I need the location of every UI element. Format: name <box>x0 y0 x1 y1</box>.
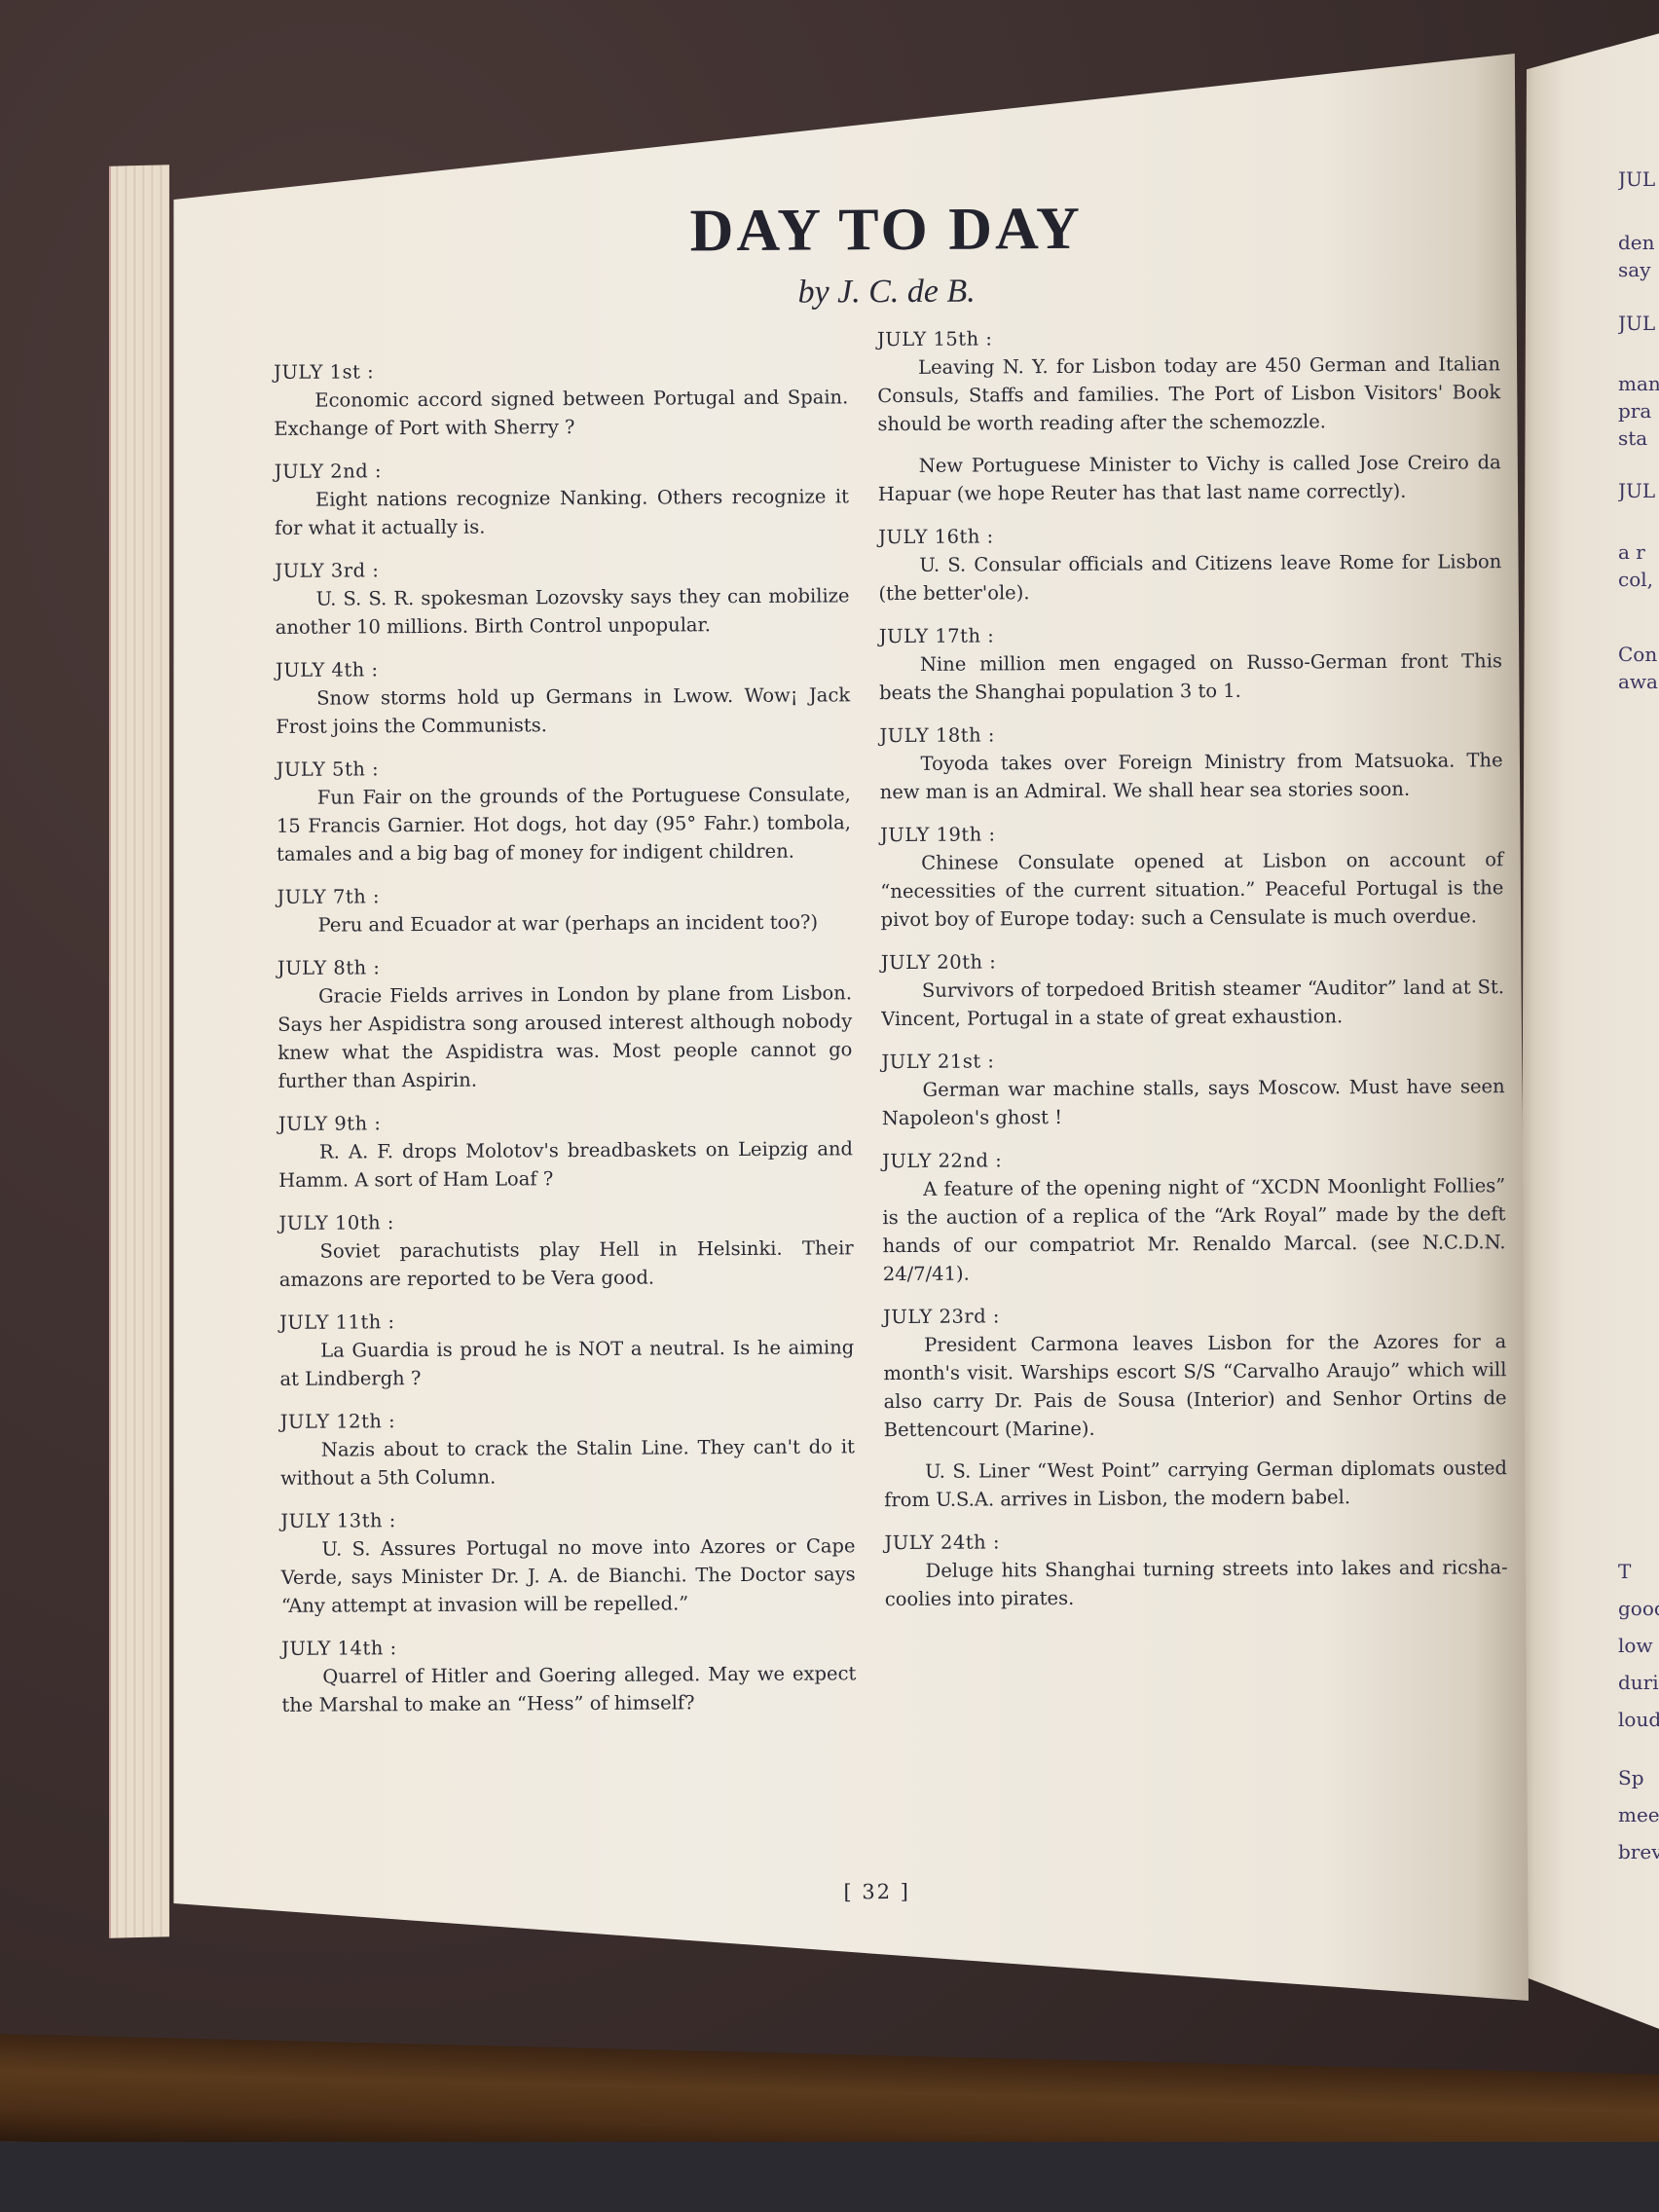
entry-text: President Carmona leaves Lisbon for the … <box>883 1327 1507 1444</box>
right-column: JULY 15th :Leaving N. Y. for Lisbon toda… <box>877 321 1508 1628</box>
facing-page-fragment: Sp <box>1618 1764 1659 1791</box>
diary-entry: JULY 7th :Peru and Ecuador at war (perha… <box>276 879 851 940</box>
diary-entry: JULY 23rd :President Carmona leaves Lisb… <box>883 1299 1507 1514</box>
diary-entry: JULY 21st :German war machine stalls, sa… <box>881 1044 1505 1132</box>
entry-text: Peru and Ecuador at war (perhaps an inci… <box>276 907 851 940</box>
facing-page-fragment: man <box>1618 370 1659 397</box>
facing-page-fragment: T <box>1618 1558 1659 1585</box>
article-title: DAY TO DAY <box>633 195 1139 267</box>
entry-date: JULY 24th : <box>884 1525 1507 1557</box>
entry-text: Soviet parachutists play Hell in Helsink… <box>279 1234 854 1294</box>
diary-entry: JULY 19th :Chinese Consulate opened at L… <box>880 817 1504 934</box>
facing-page-fragment: den <box>1618 229 1659 256</box>
entry-date: JULY 13th : <box>280 1503 855 1535</box>
entry-text: R. A. F. drops Molotov's breadbaskets on… <box>278 1134 853 1195</box>
entry-date: JULY 2nd : <box>275 454 849 486</box>
entry-date: JULY 20th : <box>881 944 1504 977</box>
facing-page-fragment: sta <box>1618 424 1659 452</box>
entry-text: Gracie Fields arrives in London by plane… <box>277 978 853 1095</box>
facing-page-fragment: meetin <box>1618 1801 1659 1828</box>
diary-entry: JULY 1st :Economic accord signed between… <box>274 354 849 443</box>
entry-text: Economic accord signed between Portugal … <box>274 383 848 443</box>
diary-entry: JULY 14th :Quarrel of Hitler and Goering… <box>281 1631 857 1719</box>
entry-date: JULY 10th : <box>278 1205 853 1237</box>
entry-date: JULY 1st : <box>274 354 848 387</box>
entry-text: Leaving N. Y. for Lisbon today are 450 G… <box>877 350 1501 438</box>
facing-page-fragment: low <box>1618 1632 1659 1659</box>
diary-entry: JULY 8th :Gracie Fields arrives in Londo… <box>277 950 853 1095</box>
entry-text: U. S. Consular officials and Citizens le… <box>878 547 1501 608</box>
diary-entry: JULY 2nd :Eight nations recognize Nankin… <box>275 454 850 542</box>
diary-entry: JULY 17th :Nine million men engaged on R… <box>879 618 1503 707</box>
entry-date: JULY 3rd : <box>275 553 849 585</box>
facing-page-fragment: Con <box>1618 641 1659 668</box>
facing-page-fragment: pra <box>1618 397 1659 424</box>
entry-date: JULY 9th : <box>278 1106 853 1138</box>
entry-date: JULY 12th : <box>280 1404 855 1436</box>
diary-entry: JULY 13th :U. S. Assures Portugal no mov… <box>280 1503 856 1620</box>
diary-entry: JULY 15th :Leaving N. Y. for Lisbon toda… <box>877 321 1501 508</box>
entry-text: Eight nations recognize Nanking. Others … <box>275 482 849 542</box>
entry-date: JULY 18th : <box>879 718 1502 750</box>
entry-text: Survivors of torpedoed British steamer “… <box>881 973 1504 1033</box>
diary-entry: JULY 3rd :U. S. S. R. spokesman Lozovsky… <box>275 553 850 642</box>
entry-date: JULY 8th : <box>277 950 852 982</box>
diary-entry: JULY 18th :Toyoda takes over Foreign Min… <box>879 718 1503 806</box>
facing-page-fragment: loudv <box>1618 1706 1659 1733</box>
floor-background <box>0 2142 1659 2212</box>
diary-entry: JULY 10th :Soviet parachutists play Hell… <box>278 1205 854 1294</box>
entry-text: U. S. S. R. spokesman Lozovsky says they… <box>275 581 849 642</box>
facing-page-fragment: durin <box>1618 1669 1659 1696</box>
facing-page-fragment: good- <box>1618 1595 1659 1622</box>
diary-entry: JULY 4th :Snow storms hold up Germans in… <box>276 652 851 741</box>
entry-date: JULY 5th : <box>276 752 851 784</box>
entry-date: JULY 15th : <box>877 321 1500 353</box>
entry-text: La Guardia is proud he is NOT a neutral.… <box>279 1333 854 1393</box>
diary-entry: JULY 5th :Fun Fair on the grounds of the… <box>276 752 852 868</box>
entry-text: Nazis about to crack the Stalin Line. Th… <box>280 1432 855 1493</box>
entry-text: New Portuguese Minister to Vichy is call… <box>878 448 1501 508</box>
diary-entry: JULY 20th :Survivors of torpedoed Britis… <box>881 944 1505 1033</box>
diary-entry: JULY 16th :U. S. Consular officials and … <box>878 519 1502 608</box>
entry-date: JULY 19th : <box>880 817 1503 849</box>
entry-text: U. S. Liner “West Point” carrying German… <box>884 1454 1507 1514</box>
entry-date: JULY 17th : <box>879 618 1502 650</box>
facing-page-fragment: JUL <box>1618 310 1659 337</box>
entry-text: Toyoda takes over Foreign Ministry from … <box>879 746 1502 806</box>
facing-page-fragment: JUL <box>1618 166 1659 193</box>
page-number: [ 32 ] <box>819 1880 936 1904</box>
entry-text: Quarrel of Hitler and Goering alleged. M… <box>281 1659 856 1719</box>
facing-page-fragment: awa <box>1618 668 1659 695</box>
diary-entry: JULY 24th :Deluge hits Shanghai turning … <box>884 1525 1508 1613</box>
entry-text: Fun Fair on the grounds of the Portugues… <box>276 780 852 868</box>
facing-page-fragment: JUL <box>1618 477 1659 504</box>
facing-page-fragment: say <box>1618 256 1659 283</box>
entry-date: JULY 16th : <box>878 519 1501 551</box>
diary-entry: JULY 22nd :A feature of the opening nigh… <box>882 1143 1506 1288</box>
entry-text: German war machine stalls, says Moscow. … <box>882 1072 1505 1132</box>
entry-text: Deluge hits Shanghai turning streets int… <box>885 1553 1508 1613</box>
entry-date: JULY 22nd : <box>882 1143 1505 1175</box>
entry-text: U. S. Assures Portugal no move into Azor… <box>280 1531 856 1620</box>
article-byline: by J. C. de B. <box>682 273 1091 313</box>
entry-date: JULY 21st : <box>881 1044 1504 1076</box>
entry-date: JULY 4th : <box>276 652 850 684</box>
entry-date: JULY 23rd : <box>883 1299 1506 1331</box>
entry-date: JULY 14th : <box>281 1631 856 1663</box>
entry-text: Nine million men engaged on Russo-German… <box>879 646 1502 707</box>
entry-text: Snow storms hold up Germans in Lwow. Wow… <box>276 681 850 741</box>
left-column: JULY 1st :Economic accord signed between… <box>274 354 857 1734</box>
diary-entry: JULY 9th :R. A. F. drops Molotov's bread… <box>278 1106 854 1195</box>
facing-page-fragment: col, <box>1618 566 1659 593</box>
entry-date: JULY 7th : <box>276 879 851 911</box>
book-page-edges <box>109 165 169 1938</box>
facing-page-fragment: brevit <box>1618 1838 1659 1865</box>
entry-text: Chinese Consulate opened at Lisbon on ac… <box>880 845 1504 934</box>
entry-date: JULY 11th : <box>279 1305 854 1337</box>
diary-entry: JULY 12th :Nazis about to crack the Stal… <box>280 1404 856 1493</box>
facing-page-fragment: a r <box>1618 538 1659 566</box>
diary-entry: JULY 11th :La Guardia is proud he is NOT… <box>279 1305 855 1393</box>
entry-text: A feature of the opening night of “XCDN … <box>882 1171 1506 1288</box>
